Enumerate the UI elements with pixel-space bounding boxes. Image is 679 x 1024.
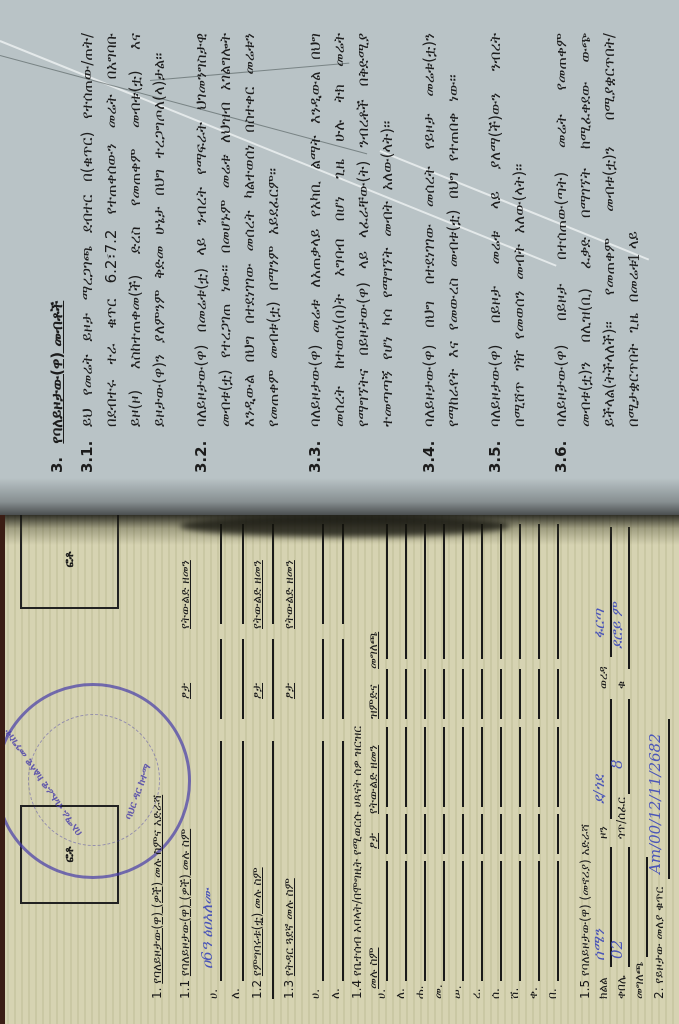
item-number: 3.3. xyxy=(303,427,399,473)
family-sex-line[interactable] xyxy=(386,814,388,854)
column-birth-year-label: የትውልድ ዘመን xyxy=(366,745,381,814)
family-remark-line[interactable] xyxy=(481,524,483,659)
family-relation-line[interactable] xyxy=(386,669,388,719)
family-relation-line[interactable] xyxy=(462,669,464,719)
row-prefix: ሀ. xyxy=(374,989,389,999)
got-field-line[interactable] xyxy=(628,699,630,794)
house-number-field-line[interactable] xyxy=(628,527,630,669)
kebele-field-line[interactable] xyxy=(628,847,630,967)
family-birth-year-line[interactable] xyxy=(462,727,464,807)
family-birth-year-line[interactable] xyxy=(538,727,540,807)
family-sex-line[interactable] xyxy=(462,814,464,854)
row-prefix: ሸ. xyxy=(507,988,522,999)
field-number: 1.1 xyxy=(178,980,192,999)
family-name-line[interactable] xyxy=(443,861,445,981)
family-birth-year-line[interactable] xyxy=(519,727,521,807)
section-number: 3. xyxy=(48,457,66,473)
row-prefix: ረ. xyxy=(469,988,484,999)
family-remark-line[interactable] xyxy=(386,524,388,659)
family-name-line[interactable] xyxy=(481,861,483,981)
photo-box-label: ፎቶ xyxy=(62,552,77,568)
field-label: የምግባሩቱ(ቷ) መሉ ስም xyxy=(250,867,264,976)
column-remark-label: መግለጫ xyxy=(366,632,381,669)
family-relation-line[interactable] xyxy=(500,669,502,719)
spouse-name-line[interactable] xyxy=(342,741,344,981)
column-sex-label: ፆታ xyxy=(282,683,297,699)
name-field-line[interactable] xyxy=(242,741,244,981)
family-name-line[interactable] xyxy=(462,861,464,981)
family-birth-year-line[interactable] xyxy=(500,727,502,807)
item-text: ባለይዞታው(ዋ) መሬቱ ለአጠቃላይ የአካቢ ልማት እንዲውል በህግ … xyxy=(303,33,399,427)
family-name-line[interactable] xyxy=(557,861,559,981)
spouse-name-line[interactable] xyxy=(322,741,324,981)
item-number: 3.4. xyxy=(417,427,465,473)
row-prefix: ለ. xyxy=(328,988,343,999)
field-1-2-header: 1.2 የምግባሩቱ(ቷ) መሉ ስም xyxy=(250,867,265,999)
rights-item: 3.2. ባለይዞታው(ዋ) በመሬቱ(ቷ) ላይ ንብረት የማፍራት ህገመ… xyxy=(189,33,285,473)
rights-item: 3.3. ባለይዞታው(ዋ) መሬቱ ለአጠቃላይ የአካቢ ልማት እንዲውል… xyxy=(303,33,399,473)
family-birth-year-line[interactable] xyxy=(405,727,407,807)
family-relation-line[interactable] xyxy=(538,669,540,719)
field-1-5-header: 1.5 የባለይዞታው(ዋ) (መኖሪያ) አድራሻ xyxy=(578,824,593,999)
item-text: ባለይዞታው(ዋ) በይዞታ መሬቱ ላይ ያለማ(ች)ውን ንብረት በሚሸጥ… xyxy=(483,33,531,427)
sex-field-line[interactable] xyxy=(220,639,222,719)
row-prefix: ሠ. xyxy=(450,985,465,999)
sex-field-line[interactable] xyxy=(272,639,274,719)
family-sex-line[interactable] xyxy=(481,814,483,854)
region-label: ክልል xyxy=(596,977,611,999)
family-birth-year-line[interactable] xyxy=(557,727,559,807)
family-remark-line[interactable] xyxy=(538,524,540,659)
family-remark-line[interactable] xyxy=(462,524,464,659)
section-2-line: 2. የይዞታው መለያ ቁጥር xyxy=(652,887,667,999)
field-label: የይዞታው መለያ ቁጥር xyxy=(652,887,666,984)
family-sex-line[interactable] xyxy=(519,814,521,854)
birth-year-field-line[interactable] xyxy=(342,524,344,624)
item-number: 3.1. xyxy=(75,427,171,473)
handwritten-parcel-id: Am/00/12/11/2682 xyxy=(646,733,664,874)
field-1-3-header: 1.3 የትዳር ጓደኛ መሉ ስም xyxy=(282,878,297,999)
field-number: 1.5 xyxy=(578,980,592,999)
section-number: 2. xyxy=(652,988,666,999)
family-birth-year-line[interactable] xyxy=(481,727,483,807)
family-sex-line[interactable] xyxy=(405,814,407,854)
sex-field-line[interactable] xyxy=(242,639,244,719)
family-sex-line[interactable] xyxy=(500,814,502,854)
birth-year-field-line[interactable] xyxy=(242,524,244,624)
woreda-label: ወረዳ xyxy=(596,666,611,689)
column-name-label: መሉ ስም xyxy=(366,948,381,990)
section-3-heading: 3. የባለይዞታው(ዋ) መብቶች xyxy=(45,33,69,473)
booklet-edge xyxy=(0,515,5,1024)
handwritten-kebele: 02 xyxy=(608,940,626,959)
family-name-line[interactable] xyxy=(386,861,388,981)
got-label: ጎጥ/ሰፈር xyxy=(614,797,629,839)
handwritten-got: 8 xyxy=(608,759,626,769)
section-title: የባለይዞታው(ዋ) (ዎች) መሉ ስምና አድራሻ xyxy=(150,795,164,984)
birth-year-field-line[interactable] xyxy=(220,524,222,624)
family-remark-line[interactable] xyxy=(500,524,502,659)
row-prefix: ለ. xyxy=(393,988,408,999)
birth-year-field-line[interactable] xyxy=(272,524,274,624)
item-text: ባለይዞታው(ዋ) በህግ በተደነገገው መሰረት የይዞታ መሬቱ(ቷ)ን … xyxy=(417,33,465,427)
item-number: 3.2. xyxy=(189,427,285,473)
birth-year-field-line[interactable] xyxy=(322,524,324,624)
row-prefix: በ. xyxy=(545,988,560,999)
handwritten-house-number: ደሮይ ም xyxy=(608,603,626,649)
left-page-content: ፎቶ ፎቶ በአማራ ብሔራዊ ክልላዊ መንግስት ባህር ዳር ከተማ 1.… xyxy=(0,515,679,1019)
sex-field-line[interactable] xyxy=(342,639,344,719)
family-birth-year-line[interactable] xyxy=(424,727,426,807)
section-title: የባለይዞታው(ዋ) መብቶች xyxy=(48,301,66,444)
handwritten-region: ሰሜን xyxy=(590,929,608,961)
row-prefix: መ. xyxy=(431,984,446,999)
family-sex-line[interactable] xyxy=(443,814,445,854)
family-sex-line[interactable] xyxy=(424,814,426,854)
column-sex-label: ፆታ xyxy=(366,833,381,849)
field-1-1-header: 1.1 የባለይዞታው(ዋ) (ዎች) መሉ ስም xyxy=(178,829,193,999)
family-name-line[interactable] xyxy=(424,861,426,981)
family-sex-line[interactable] xyxy=(557,814,559,854)
left-page: ፎቶ ፎቶ በአማራ ብሔራዊ ክልላዊ መንግስት ባህር ዳር ከተማ 1.… xyxy=(0,515,679,1024)
row-prefix: ሀ. xyxy=(308,989,323,999)
remark-label: መግለጫ xyxy=(632,962,647,999)
field-number: 1.2 xyxy=(250,980,264,999)
rights-item: 3.4. ባለይዞታው(ዋ) በህግ በተደነገገው መሰረት የይዞታ መሬቱ… xyxy=(417,33,465,473)
item-text: ባለይዞታው(ዋ) በመሬቱ(ቷ) ላይ ንብረት የማፍራት ህገመንግስታዊ… xyxy=(189,33,285,427)
row-prefix: ለ. xyxy=(228,988,243,999)
family-relation-line[interactable] xyxy=(424,669,426,719)
family-relation-line[interactable] xyxy=(405,669,407,719)
rights-item: 3.5. ባለይዞታው(ዋ) በይዞታ መሬቱ ላይ ያለማ(ች)ውን ንብረት… xyxy=(483,33,531,473)
field-label: የባለይዞታው(ዋ) (ዎች) መሉ ስም xyxy=(178,829,192,976)
column-birth-year-label: የትውልድ ዘመን xyxy=(178,560,193,629)
row-prefix: ሀ. xyxy=(206,989,221,999)
right-page-content: 3. የባለይዞታው(ዋ) መብቶች 3.1. ይህ የመሬት ይዞታ ማረጋገ… xyxy=(0,0,679,515)
family-sex-line[interactable] xyxy=(538,814,540,854)
guardian-name-line[interactable] xyxy=(272,741,274,999)
family-remark-line[interactable] xyxy=(557,524,559,659)
column-birth-year-label: የትውልድ ዘመን xyxy=(282,560,297,629)
handwritten-owner-name: ዐ6ዓ ፅዐአለሙ xyxy=(198,888,216,969)
column-sex-label: ፆታ xyxy=(178,683,193,699)
kebele-label: ቀበሌ xyxy=(614,975,629,999)
field-1-4-header: 1.4 የቤተሰብ አባላት/በሞግዚት የሚወርሱ ሀጻናት ሰዎ ዝርዝር xyxy=(350,726,365,999)
parcel-id-field-line[interactable] xyxy=(668,719,670,879)
row-prefix: ሐ. xyxy=(412,986,427,999)
handwritten-zone: ደ/ጎደ xyxy=(590,775,608,804)
family-relation-line[interactable] xyxy=(519,669,521,719)
family-name-line[interactable] xyxy=(538,861,540,981)
zone-label: ዞን xyxy=(596,826,611,839)
family-remark-line[interactable] xyxy=(405,524,407,659)
family-name-line[interactable] xyxy=(500,861,502,981)
row-prefix: ቀ. xyxy=(526,987,541,999)
family-birth-year-line[interactable] xyxy=(443,727,445,807)
item-number: 3.5. xyxy=(483,427,531,473)
field-number: 1.4 xyxy=(350,980,364,999)
family-relation-line[interactable] xyxy=(481,669,483,719)
right-page: 3. የባለይዞታው(ዋ) መብቶች 3.1. ይህ የመሬት ይዞታ ማረጋገ… xyxy=(0,0,679,518)
section-1-heading: 1. የባለይዞታው(ዋ) (ዎች) መሉ ስምና አድራሻ xyxy=(150,795,165,999)
item-text: ይህ የመሬት ይዞታ ማረጋገጫ ደብተር በ(ቁጥር) የተሰጠው/ጠት/ … xyxy=(75,33,171,427)
column-sex-label: ፆታ xyxy=(250,683,265,699)
rights-item: 3.1. ይህ የመሬት ይዞታ ማረጋገጫ ደብተር በ(ቁጥር) የተሰጠው… xyxy=(75,33,171,473)
spine-shadow xyxy=(180,515,510,537)
sex-field-line[interactable] xyxy=(322,639,324,719)
page-number: 1 xyxy=(625,0,643,515)
family-remark-line[interactable] xyxy=(519,524,521,659)
family-relation-line[interactable] xyxy=(443,669,445,719)
family-remark-line[interactable] xyxy=(443,524,445,659)
column-birth-year-label: የትውልድ ዘመን xyxy=(250,560,265,629)
field-label: የትዳር ጓደኛ መሉ ስም xyxy=(282,878,296,976)
family-remark-line[interactable] xyxy=(424,524,426,659)
family-relation-line[interactable] xyxy=(557,669,559,719)
field-number: 1.3 xyxy=(282,980,296,999)
photo-box: ፎቶ xyxy=(20,515,119,609)
section-number: 1. xyxy=(150,988,164,999)
family-birth-year-line[interactable] xyxy=(386,727,388,807)
family-name-line[interactable] xyxy=(519,861,521,981)
field-label: የቤተሰብ አባላት/በሞግዚት የሚወርሱ ሀጻናት ሰዎ ዝርዝር xyxy=(350,726,364,976)
house-number-label: ቁ xyxy=(614,681,629,689)
row-prefix: ሰ. xyxy=(488,988,503,999)
handwritten-woreda: ፋርጣ xyxy=(590,609,608,639)
column-relation-label: ዝምድና xyxy=(366,685,381,720)
name-field-line[interactable] xyxy=(220,741,222,981)
family-name-line[interactable] xyxy=(405,861,407,981)
